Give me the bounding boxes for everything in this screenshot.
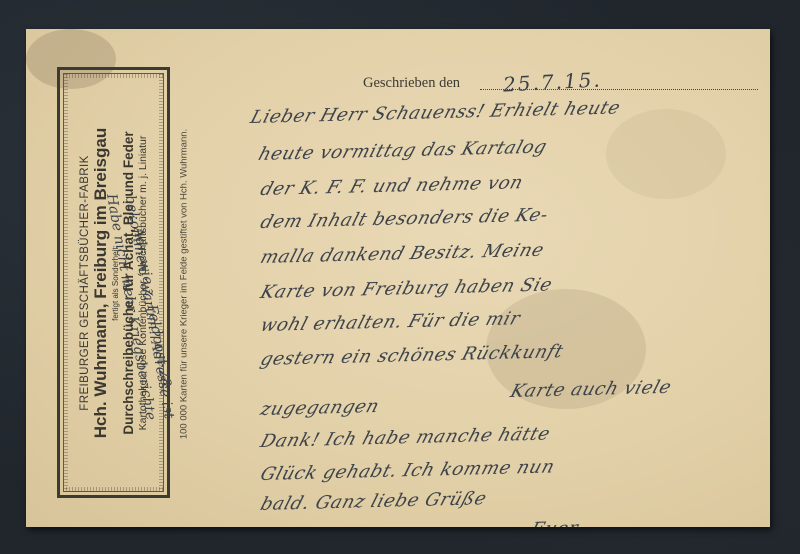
postcard: FREIBURGER GESCHÄFTSBÜCHER-FABRIK Hch. W… [26,29,770,527]
letter-line: dem Inhalt besonders die Ke- [258,205,551,233]
imprint-company-type: FREIBURGER GESCHÄFTSBÜCHER-FABRIK [78,155,90,410]
letter-line: wohl erhalten. Für die mir [258,308,523,336]
margin-handwriting: Habe nicht mehr Kriegsberichte bekommen,… [186,89,246,509]
letter-line: malla dankend Besitz. Meine [258,240,547,268]
imprint-company-name: Hch. Wuhrmann, Freiburg im Breisgau [91,127,109,437]
date-header: Geschrieben den 25.7.15. [363,70,758,94]
letter-line: bald. Ganz liebe Grüße [258,488,490,515]
letter-line: zugegangen [258,396,382,420]
letter-signature: Euer [528,518,581,527]
letter-line: der K. F. F. und nehme von [258,172,526,200]
letter-line: Karte von Freiburg haben Sie [258,274,555,303]
paper-stain [606,109,726,199]
letter-line: Dank! Ich habe manche hätte [258,424,553,452]
handwritten-date: 25.7.15. [502,67,602,96]
letter-line: heute vormittag das Kartalog [256,137,550,165]
letter-line: Lieber Herr Schauenss! Erhielt heute [248,97,623,128]
written-on-label: Geschrieben den [363,75,460,92]
letter-line: Glück gehabt. Ich komme nun [258,456,558,485]
letter-line: Karte auch viele [508,377,674,402]
